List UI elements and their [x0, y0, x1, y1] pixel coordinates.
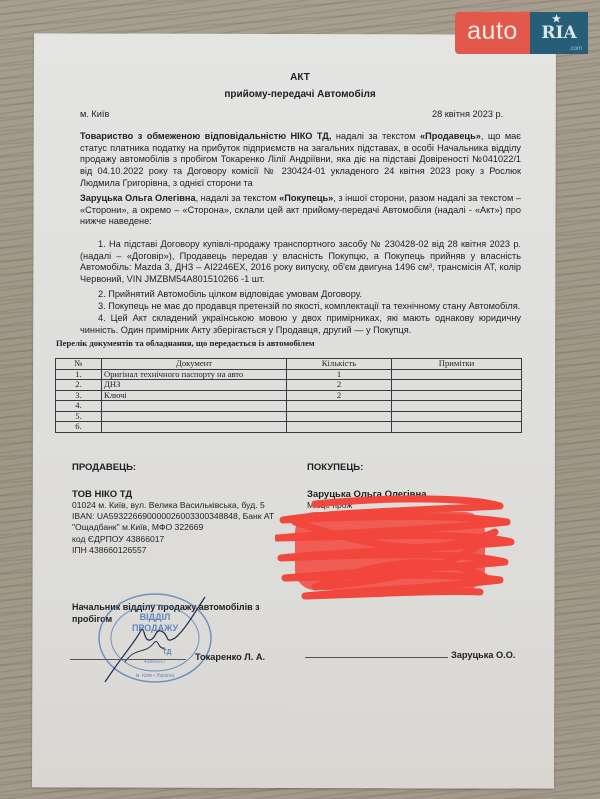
table-header-cell: Документ [102, 359, 287, 370]
table-cell: 4. [56, 401, 102, 412]
table-cell: Оригінал технічного паспорту на авто [102, 369, 287, 380]
table-cell: 2 [287, 390, 392, 401]
document-title: АКТ [0, 72, 600, 83]
table-cell: 6. [56, 422, 102, 433]
table-row: 1.Оригінал технічного паспорту на авто1 [56, 369, 522, 380]
table-cell [102, 422, 287, 433]
table-row: 6. [56, 422, 522, 433]
table-cell [102, 411, 287, 422]
seller-signatory-name: Токаренко Л. А. [195, 652, 265, 664]
table-cell [287, 422, 392, 433]
svg-text:м. Київ • Україна: м. Київ • Україна [136, 673, 174, 679]
table-cell: ДНЗ [102, 380, 287, 391]
buyer-signature-line [305, 657, 448, 658]
table-header-cell: Примітки [392, 359, 522, 370]
table-cell: 1 [287, 369, 392, 380]
table-row: 2.ДНЗ2 [56, 380, 522, 391]
table-cell [392, 369, 522, 380]
table-cell: 3. [56, 390, 102, 401]
clause-4: 4. Цей Акт складений українською мовою у… [80, 313, 521, 336]
watermark-auto: auto [455, 12, 530, 54]
autoria-watermark: auto ★ RIA .com [455, 12, 588, 54]
table-header-cell: № [56, 359, 102, 370]
clause-2: 2. Прийнятий Автомобіль цілком відповіда… [80, 289, 521, 301]
svg-text:ПРОДАЖУ: ПРОДАЖУ [132, 623, 179, 633]
table-cell [392, 411, 522, 422]
seller-heading: ПРОДАВЕЦЬ: [72, 462, 136, 473]
buyer-signature-name: Заруцька О.О. [451, 650, 515, 662]
document-date: 28 квітня 2023 р. [432, 109, 503, 121]
company-stamp: ВІДДІЛ ПРОДАЖУ ТД 43866017 м. Київ • Укр… [95, 592, 215, 684]
table-header-row: №ДокументКількістьПримітки [56, 359, 522, 370]
table-row: 3.Ключі2 [56, 390, 522, 401]
table-cell: 1. [56, 369, 102, 380]
table-cell [287, 411, 392, 422]
table-row: 5. [56, 411, 522, 422]
table-cell: 2. [56, 380, 102, 391]
buyer-heading: ПОКУПЕЦЬ: [307, 462, 363, 473]
clause-1: 1. На підставі Договору купівлі-продажу … [80, 239, 521, 286]
seller-details: 01024 м. Київ, вул. Велика Васильківська… [72, 500, 282, 556]
table-cell: 5. [56, 411, 102, 422]
star-icon: ★ [552, 14, 561, 25]
redaction-scribble [275, 492, 515, 608]
document-subtitle: прийому-передачі Автомобіля [0, 89, 600, 100]
table-cell: 2 [287, 380, 392, 391]
seller-signature-line [70, 659, 186, 660]
table-cell: Ключі [102, 390, 287, 401]
clause-3: 3. Покупець не має до продавця претензій… [80, 301, 521, 313]
table-caption: Перелік документів та обладнання, що пер… [56, 338, 315, 348]
svg-text:ВІДДІЛ: ВІДДІЛ [140, 612, 171, 622]
seller-company: ТОВ НІКО ТД [72, 489, 132, 500]
table-cell [392, 401, 522, 412]
intro-buyer-paragraph: Заруцька Ольга Олегівна, надалі за текст… [80, 193, 521, 228]
table-header-cell: Кількість [287, 359, 392, 370]
document-city: м. Київ [80, 109, 109, 121]
watermark-ria: ★ RIA .com [530, 12, 588, 54]
table-cell [392, 380, 522, 391]
table-cell [392, 390, 522, 401]
intro-seller-paragraph: Товариство з обмеженою відповідальністю … [80, 131, 521, 190]
table-row: 4. [56, 401, 522, 412]
table-cell [102, 401, 287, 412]
table-cell [392, 422, 522, 433]
svg-text:ТД: ТД [162, 649, 171, 656]
table-cell [287, 401, 392, 412]
items-table: №ДокументКількістьПримітки1.Оригінал тех… [55, 358, 522, 433]
